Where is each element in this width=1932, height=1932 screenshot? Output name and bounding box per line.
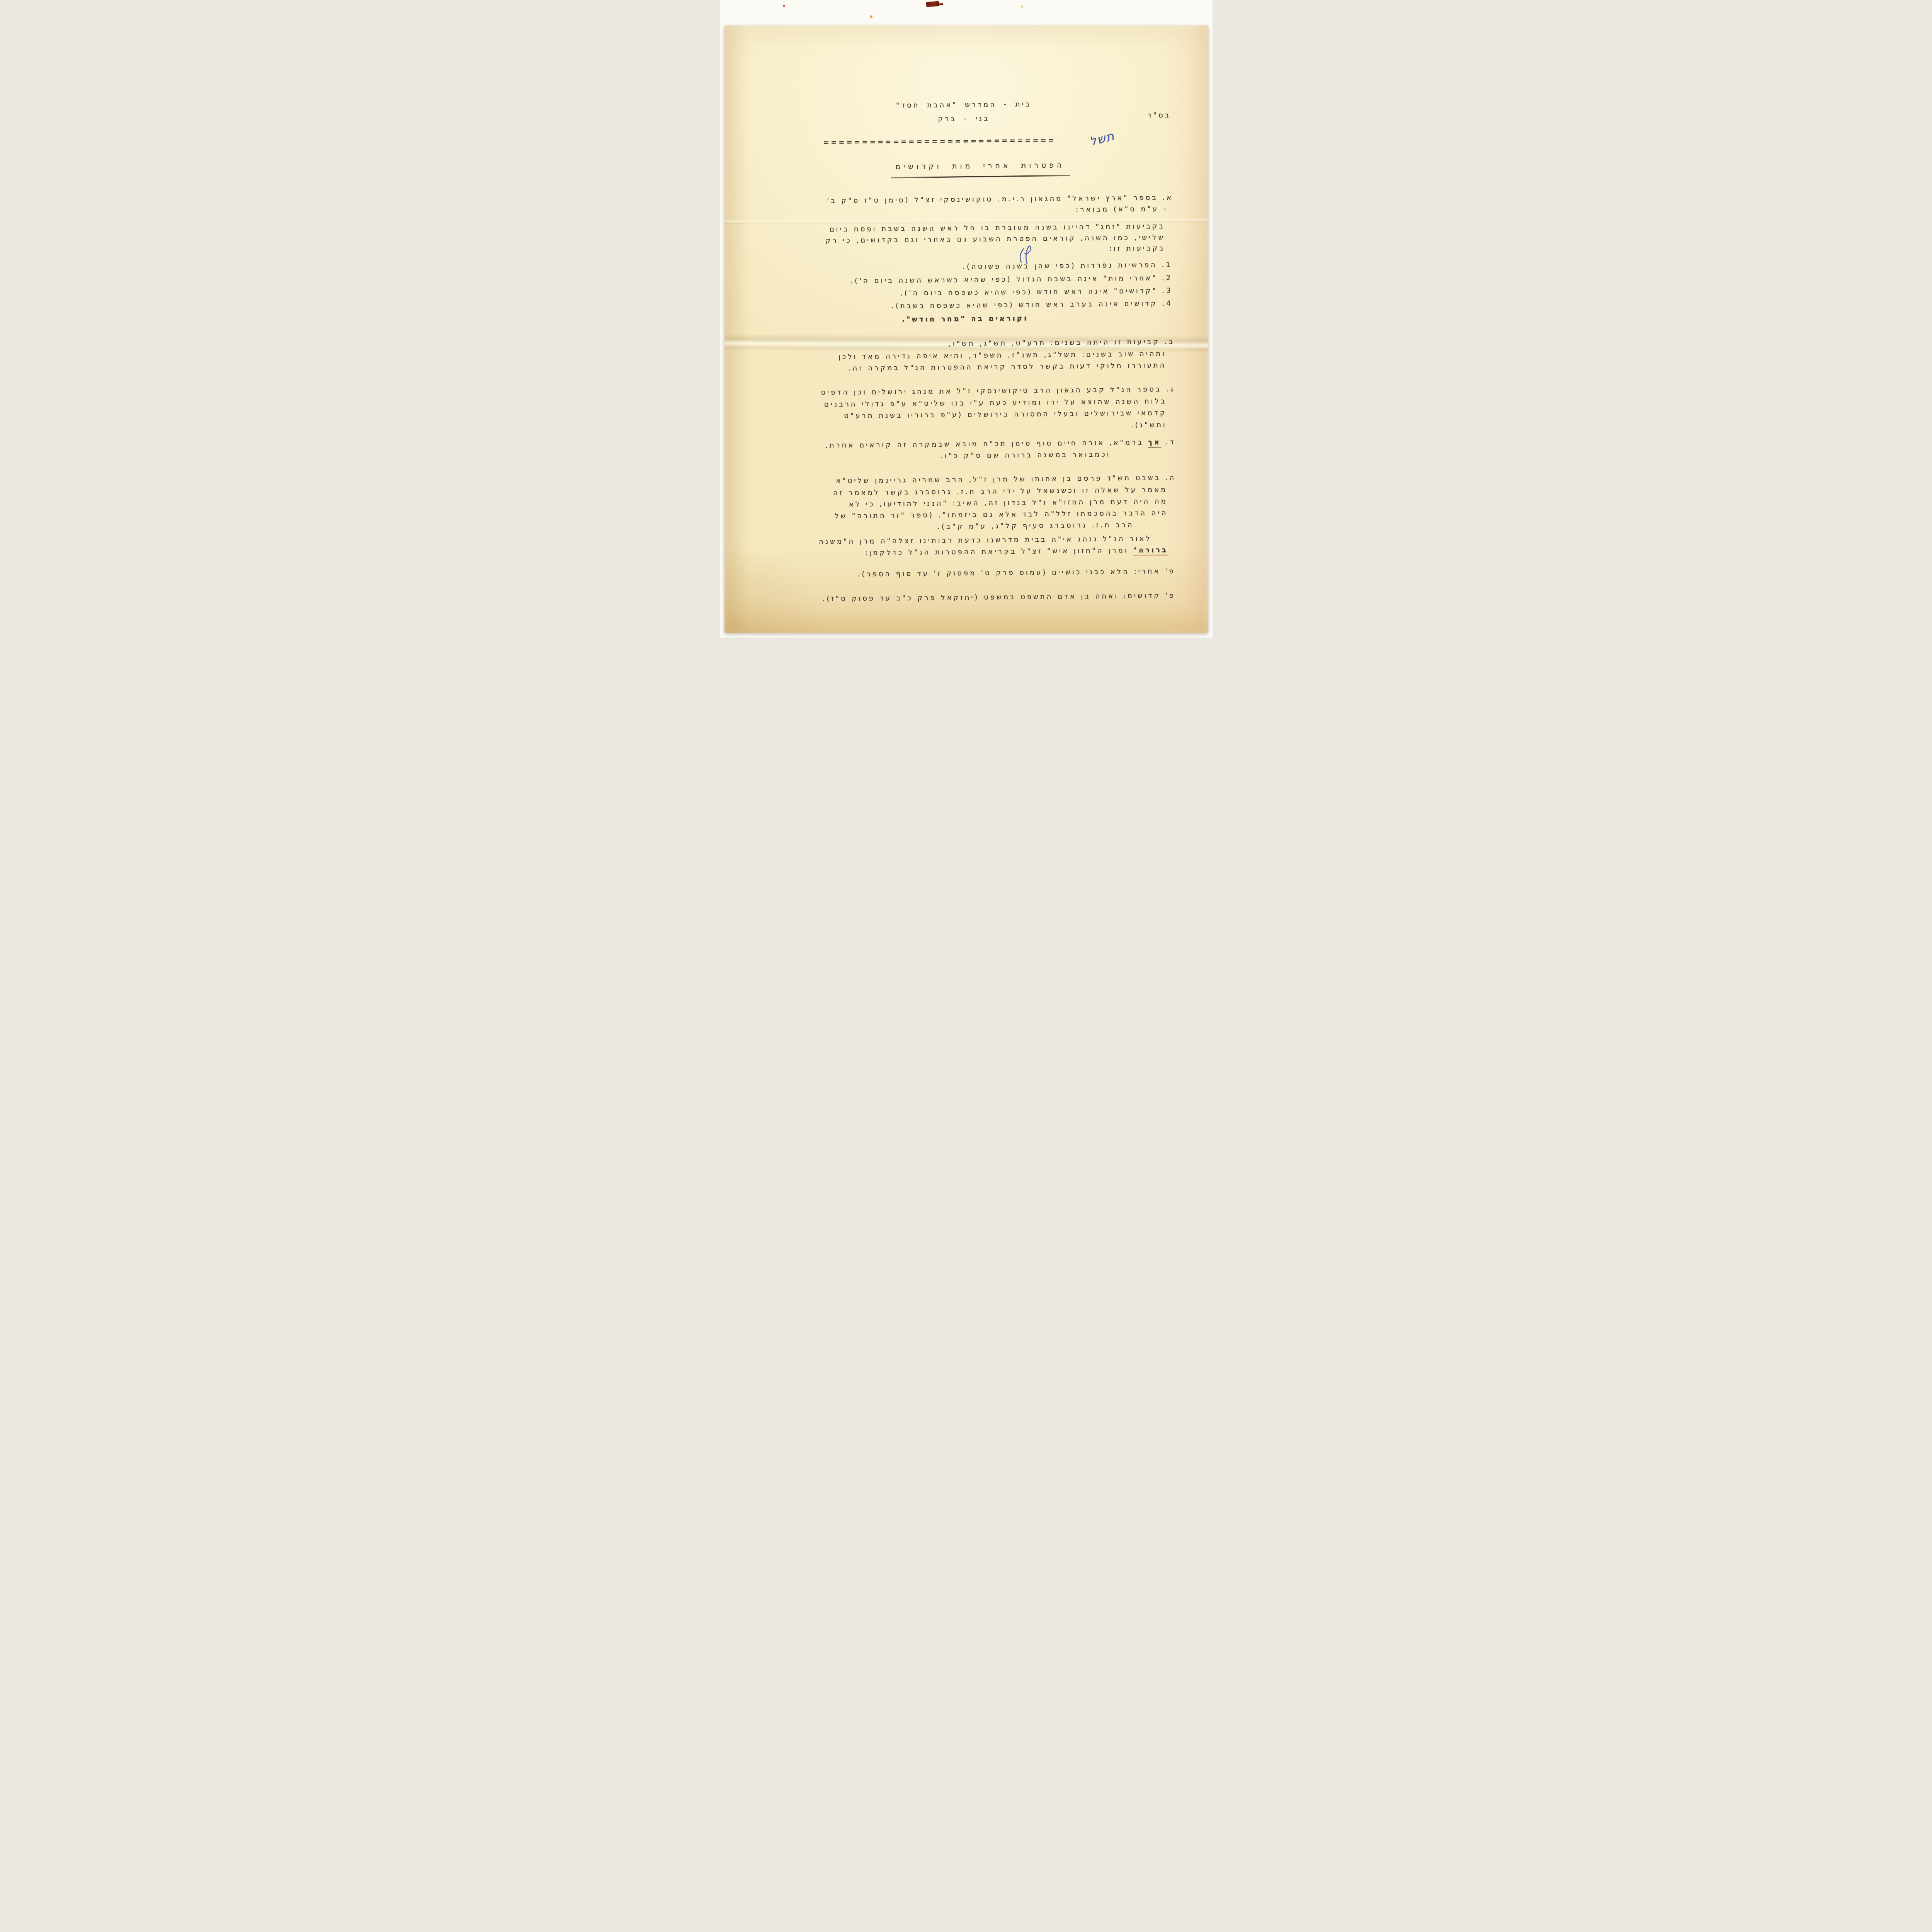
paragraph-line1: בקביעות "זחג" דהיינו בשנה מעוברת בו חל ר…: [829, 223, 1165, 234]
title-underline: [891, 175, 1070, 179]
section-d-line1: ד. אך ברמ"א, אורח חיים סוף סימן תכ"ח מוב…: [825, 439, 1175, 450]
section-e-line4: היה הדבר בהסכמתו זלל"ה לבד אלא גם ביזמתו…: [835, 509, 1168, 520]
list-item-1: 1. הפרשיות נפרדות (כפי שהן בשנה פשוטה).: [963, 261, 1172, 271]
orange-speck: [870, 15, 872, 18]
section-c-line2: בלוח השנה שהוצא על ידו ומודיע כעת ע"י בנ…: [824, 398, 1167, 409]
handwritten-year: תשל: [1088, 129, 1116, 149]
paragraph-line2: שלישי, כמו השנה, קוראים הפטרת השבוע גם ב…: [825, 234, 1165, 245]
section-e-line1: ה. בשבט תש"ד פרסם בן אחותו של מרן ז"ל, ה…: [836, 474, 1176, 485]
section-e-line3: מה היה דעת מרן החזו"א ז"ל בנדון זה, השיב…: [849, 498, 1167, 509]
divider-line: ==============================: [874, 137, 1056, 146]
institution-name-line2: בני - ברק: [879, 114, 1049, 124]
section-b-line2: ותהיה שוב בשנים: תשל"ג, תשנ"ז, תשפ"ד, וה…: [838, 350, 1166, 361]
section-c-line3: קדמאי שבירושלים ובעלי המסורה בירושלים (ע…: [844, 409, 1167, 420]
section-a-line2: - ע"מ ס"א) מבואר:: [1076, 205, 1168, 214]
section-e-line2: מאמר על שאלה זו וכשנשאל על ידי הרב ח.ז. …: [833, 486, 1168, 497]
section-c-line1: ג. בספר הנ"ל קבע הגאון הרב טיקושינסקי ז"…: [821, 386, 1175, 397]
emphasized-word-ach: אך: [1148, 438, 1161, 447]
list-item-2: 2. "אחרי מות" אינה בשבת הגדול (כפי שהיא …: [850, 274, 1172, 286]
closing-line2: ברורה" ומרן ה"חזון איש" זצ"ל בקריאת ההפט…: [865, 546, 1168, 557]
list-item-4: 4. קדושים אינה בערב ראש חודש (כפי שהיא כ…: [891, 300, 1173, 311]
section-a-line1: א. בספר "ארץ ישראל" מהגאון ר.י.מ. טוקושי…: [827, 194, 1173, 205]
section-d-prefix: ד.: [1161, 438, 1175, 446]
section-c-line4: ותש"ג).: [1131, 421, 1167, 430]
list-item-4-continuation: וקוראים בה "מחר חודש".: [902, 315, 1028, 324]
institution-name-line1: בית - המדרש "אהבת חסד": [878, 100, 1048, 110]
section-b-line3: התעוררו חלוקי דעות בקשר לסדר קריאת ההפטר…: [848, 362, 1166, 373]
closing-line1: לאור הנ"ל ננהג אי"ה בבית מדרשנו כדעת רבו…: [819, 535, 1152, 546]
handwritten-correction-icon: [1018, 245, 1035, 264]
section-d-rest: ברמ"א, אורח חיים סוף סימן תכ"ח מובא שבמק…: [825, 438, 1148, 449]
scanned-document-page: בס"ד תשל בית - המדרש "אהבת חסד" בני - בר…: [720, 0, 1213, 638]
emphasized-word-berura: ברורה": [1133, 546, 1168, 556]
pale-speck: [1020, 5, 1024, 8]
staple-mark: [926, 1, 939, 7]
paragraph-line3: בקביעות זו:: [1109, 245, 1165, 253]
haftara-achrei-line: פ' אחרי: הלא כבני כושיים (עמוס פרק ט' מפ…: [857, 568, 1175, 579]
haftara-kedoshim-line: פ' קדושים: ואתה בן אדם התשפט במשפט (יחזק…: [822, 592, 1175, 603]
page-title: הפטרות אחרי מות וקדושים: [893, 161, 1066, 171]
bsd-mark: בס"ד: [1147, 112, 1170, 120]
red-speck: [783, 5, 785, 7]
section-b-line1: ב. קביעות זו היתה בשנים: תרע"ט, תש"ג, תש…: [949, 338, 1175, 348]
closing-line2-rest: ומרן ה"חזון איש" זצ"ל בקריאת ההפטרות הנ"…: [865, 546, 1133, 557]
list-item-3: 3. "קדושים" אינה ראש חודש (כפי שהיא כשפס…: [900, 287, 1172, 298]
section-d-line2: וכמבואר במשנה ברורה שם ס"ק כ"ו.: [940, 451, 1111, 460]
section-e-line5: הרב ח.ז. גרוסברג סעיף קל"ג, ע"מ ק"ב).: [937, 521, 1134, 531]
content-layer: בס"ד תשל בית - המדרש "אהבת חסד" בני - בר…: [720, 0, 1213, 638]
